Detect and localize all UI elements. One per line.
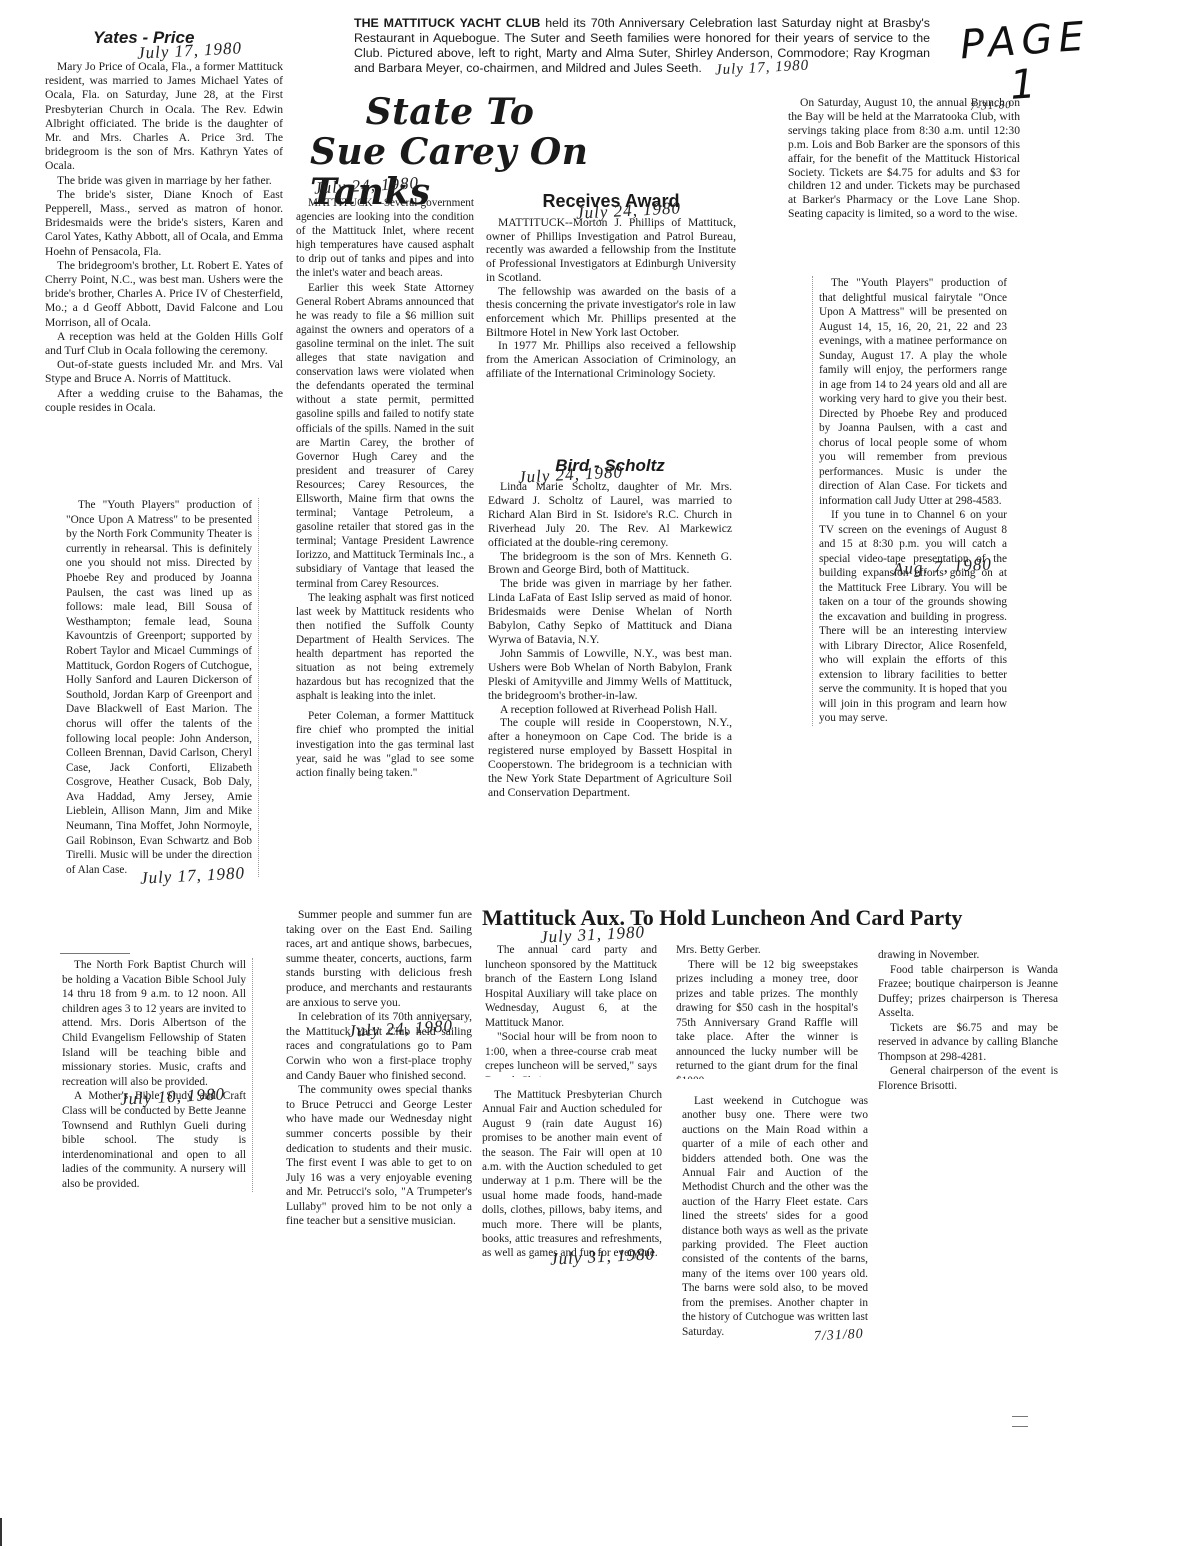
article-youth-players-rehearsal: The "Youth Players" production of "Once … <box>66 498 259 877</box>
paragraph: The "Youth Players" production of "Once … <box>66 498 252 877</box>
luncheon-column-3: drawing in November. Food table chairper… <box>878 948 1058 1093</box>
paragraph: The community owes special thanks to Bru… <box>286 1083 472 1229</box>
article-brunch-on-the-bay: On Saturday, August 10, the annual Brunc… <box>788 96 1020 221</box>
paragraph: Out-of-state guests included Mr. and Mrs… <box>45 358 283 386</box>
article-receives-award: Receives Award July 24, 1980 MATTITUCK--… <box>486 190 736 380</box>
paragraph: MATTITUCK--Morton J. Phillips of Mattitu… <box>486 216 736 285</box>
paragraph: Mrs. Betty Gerber. <box>676 943 858 958</box>
paragraph: The fellowship was awarded on the basis … <box>486 285 736 340</box>
paragraph: The North Fork Baptist Church will be ho… <box>62 958 246 1089</box>
paragraph: "Social hour will be from noon to 1:00, … <box>485 1030 657 1077</box>
paragraph: Peter Coleman, a former Mattituck fire c… <box>296 709 474 779</box>
paragraph: The leaking asphalt was first noticed la… <box>296 591 474 704</box>
page-label-text: PAGE <box>959 14 1092 69</box>
article-youth-players-mattress: The "Youth Players" production of that d… <box>812 276 1007 726</box>
paragraph: Mary Jo Price of Ocala, Fla., a former M… <box>45 60 283 174</box>
luncheon-column-1: The annual card party and luncheon spons… <box>485 943 657 1077</box>
paragraph: MATTITUCK—Several government agencies ar… <box>296 196 474 281</box>
paragraph: drawing in November. <box>878 948 1058 963</box>
caption-lead: THE MATTITUCK YACHT CLUB <box>354 16 540 30</box>
paragraph: The Mattituck Presbyterian Church Annual… <box>482 1088 662 1261</box>
paragraph: Food table chairperson is Wanda Frazee; … <box>878 963 1058 1021</box>
handwritten-date: July 31, 1980 <box>550 1248 656 1268</box>
paragraph: A reception was held at the Golden Hills… <box>45 330 283 358</box>
paragraph: The couple will reside in Cooperstown, N… <box>488 716 732 799</box>
article-presbyterian-fair: The Mattituck Presbyterian Church Annual… <box>482 1088 662 1261</box>
paragraph: Summer people and summer fun are taking … <box>286 908 472 1010</box>
paragraph: The bride was given in marriage by her f… <box>488 577 732 647</box>
article-state-sue-carey: MATTITUCK—Several government agencies ar… <box>296 196 474 780</box>
paragraph: On Saturday, August 10, the annual Brunc… <box>788 96 1020 221</box>
divider <box>60 953 130 954</box>
paragraph: General chairperson of the event is Flor… <box>878 1064 1058 1093</box>
page-label-handwritten: PAGE <box>959 14 1092 69</box>
handwritten-date: 7/31/80 <box>814 1327 864 1344</box>
paragraph: A reception followed at Riverhead Polish… <box>488 703 732 717</box>
headline-line-1: State To <box>300 92 720 132</box>
paragraph: After a wedding cruise to the Bahamas, t… <box>45 387 283 415</box>
paragraph: The bride's sister, Diane Knoch of East … <box>45 188 283 259</box>
handwritten-date: July 24, 1980 <box>518 465 624 484</box>
handwritten-date: Aug. 7, 1980 <box>893 557 993 577</box>
paragraph: There will be 12 big sweepstakes prizes … <box>676 958 858 1080</box>
article-summer-people: Summer people and summer fun are taking … <box>286 908 472 1229</box>
handwritten-date: July 17, 1980 <box>140 866 246 886</box>
scan-artifact <box>1012 1416 1028 1417</box>
handwritten-date: July 24, 1980 <box>576 201 682 220</box>
handwritten-date: July 17, 1980 <box>137 41 243 61</box>
paragraph: If you tune in to Channel 6 on your TV s… <box>819 508 1007 726</box>
photo-caption-yacht-club: THE MATTITUCK YACHT CLUB held its 70th A… <box>354 16 930 76</box>
paragraph: The "Youth Players" production of that d… <box>819 276 1007 508</box>
paragraph: The annual card party and luncheon spons… <box>485 943 657 1030</box>
paragraph: Last weekend in Cutchogue was another bu… <box>682 1094 868 1339</box>
scan-edge-mark <box>0 1518 2 1546</box>
paragraph: Linda Marie Scholtz, daughter of Mr. Mrs… <box>488 480 732 550</box>
article-bird-scholtz: Bird - Scholtz July 24, 1980 Linda Marie… <box>488 456 732 800</box>
article-cutchogue-auctions: Last weekend in Cutchogue was another bu… <box>682 1094 868 1339</box>
paragraph: John Sammis of Lowville, N.Y., was best … <box>488 647 732 703</box>
scan-artifact <box>1012 1426 1028 1427</box>
paragraph: In 1977 Mr. Phillips also received a fel… <box>486 339 736 380</box>
paragraph: The bride was given in marriage by her f… <box>45 174 283 188</box>
article-yates-price: Yates - Price July 17, 1980 Mary Jo Pric… <box>45 28 283 415</box>
paragraph: Tickets are $6.75 and may be reserved in… <box>878 1021 1058 1065</box>
handwritten-date: July 17, 1980 <box>715 59 810 79</box>
paragraph: Earlier this week State Attorney General… <box>296 281 474 591</box>
paragraph: The bridegroom is the son of Mrs. Kennet… <box>488 550 732 578</box>
handwritten-date: 7-31-80 <box>970 99 1012 115</box>
article-baptist-bible-school: The North Fork Baptist Church will be ho… <box>62 958 253 1192</box>
paragraph: The bridegroom's brother, Lt. Robert E. … <box>45 259 283 330</box>
luncheon-column-2: Mrs. Betty Gerber. There will be 12 big … <box>676 943 858 1079</box>
